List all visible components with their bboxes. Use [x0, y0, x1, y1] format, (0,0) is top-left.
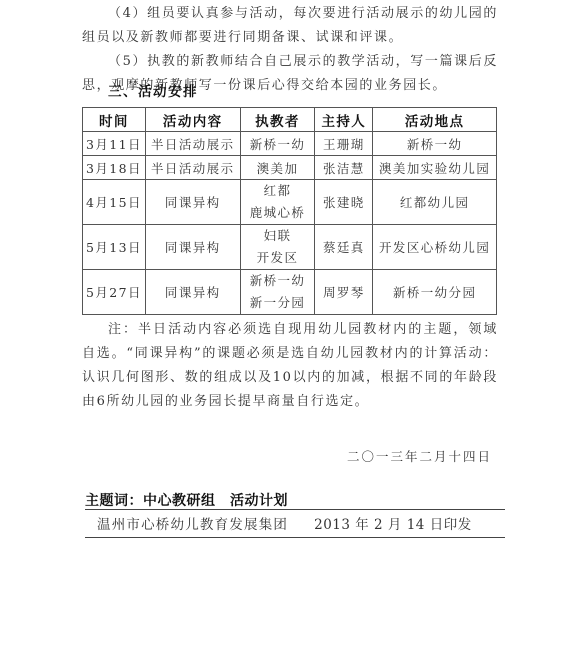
footer-row: 温州市心桥幼儿教育发展集团 2013 年 2 月 14 日印发 — [97, 513, 497, 533]
cell-date: 5月13日 — [83, 225, 146, 270]
section-heading: 三、活动安排 — [108, 80, 198, 100]
table-row: 5月13日 同课异构 妇联 开发区 蔡廷真 开发区心桥幼儿园 — [83, 225, 497, 270]
teacher-line-2: 鹿城心桥 — [241, 202, 315, 224]
cell-location: 红都幼儿园 — [373, 180, 497, 225]
cell-date: 4月15日 — [83, 180, 146, 225]
teacher-line-1: 新桥一幼 — [241, 270, 315, 292]
cell-teacher: 澳美加 — [240, 156, 315, 180]
cell-teacher: 新桥一幼 新一分园 — [240, 270, 315, 315]
footer-organization: 温州市心桥幼儿教育发展集团 — [97, 513, 288, 533]
table-header-row: 时间 活动内容 执教者 主持人 活动地点 — [83, 108, 497, 132]
cell-date: 3月18日 — [83, 156, 146, 180]
table-row: 3月18日 半日活动展示 澳美加 张洁慧 澳美加实验幼儿园 — [83, 156, 497, 180]
cell-content: 同课异构 — [145, 270, 240, 315]
header-location: 活动地点 — [373, 108, 497, 132]
table-note: 注：半日活动内容必须选自现用幼儿园教材内的主题，领域自选。“同课异构”的课题必须… — [82, 318, 498, 414]
teacher-line-1: 妇联 — [241, 225, 315, 247]
footer-rule-top — [85, 509, 505, 510]
table-row: 4月15日 同课异构 红都 鹿城心桥 张建晓 红都幼儿园 — [83, 180, 497, 225]
footer-rule-bottom — [85, 537, 505, 538]
teacher-line-2: 新一分园 — [241, 292, 315, 314]
header-teacher: 执教者 — [240, 108, 315, 132]
teacher-line-2: 开发区 — [241, 247, 315, 269]
date-signature: 二〇一三年二月十四日 — [347, 447, 492, 465]
cell-content: 半日活动展示 — [145, 132, 240, 156]
cell-location: 新桥一幼 — [373, 132, 497, 156]
cell-location: 开发区心桥幼儿园 — [373, 225, 497, 270]
schedule-table: 时间 活动内容 执教者 主持人 活动地点 3月11日 半日活动展示 新桥一幼 王… — [82, 107, 497, 315]
cell-location: 澳美加实验幼儿园 — [373, 156, 497, 180]
cell-teacher: 妇联 开发区 — [240, 225, 315, 270]
cell-host: 王珊瑚 — [315, 132, 373, 156]
cell-content: 半日活动展示 — [145, 156, 240, 180]
cell-teacher: 红都 鹿城心桥 — [240, 180, 315, 225]
keywords-line: 主题词：中心教研组 活动计划 — [85, 490, 288, 510]
table-row: 5月27日 同课异构 新桥一幼 新一分园 周罗琴 新桥一幼分园 — [83, 270, 497, 315]
cell-host: 张洁慧 — [315, 156, 373, 180]
paragraph-item-4: （4）组员要认真参与活动，每次要进行活动展示的幼儿园的组员以及新教师都要进行同期… — [82, 2, 498, 50]
cell-teacher: 新桥一幼 — [240, 132, 315, 156]
cell-content: 同课异构 — [145, 180, 240, 225]
header-time: 时间 — [83, 108, 146, 132]
cell-content: 同课异构 — [145, 225, 240, 270]
table-row: 3月11日 半日活动展示 新桥一幼 王珊瑚 新桥一幼 — [83, 132, 497, 156]
cell-host: 蔡廷真 — [315, 225, 373, 270]
cell-date: 3月11日 — [83, 132, 146, 156]
cell-host: 张建晓 — [315, 180, 373, 225]
footer-print-date: 2013 年 2 月 14 日印发 — [314, 513, 472, 533]
header-content: 活动内容 — [145, 108, 240, 132]
cell-host: 周罗琴 — [315, 270, 373, 315]
cell-date: 5月27日 — [83, 270, 146, 315]
cell-location: 新桥一幼分园 — [373, 270, 497, 315]
header-host: 主持人 — [315, 108, 373, 132]
teacher-line-1: 红都 — [241, 180, 315, 202]
